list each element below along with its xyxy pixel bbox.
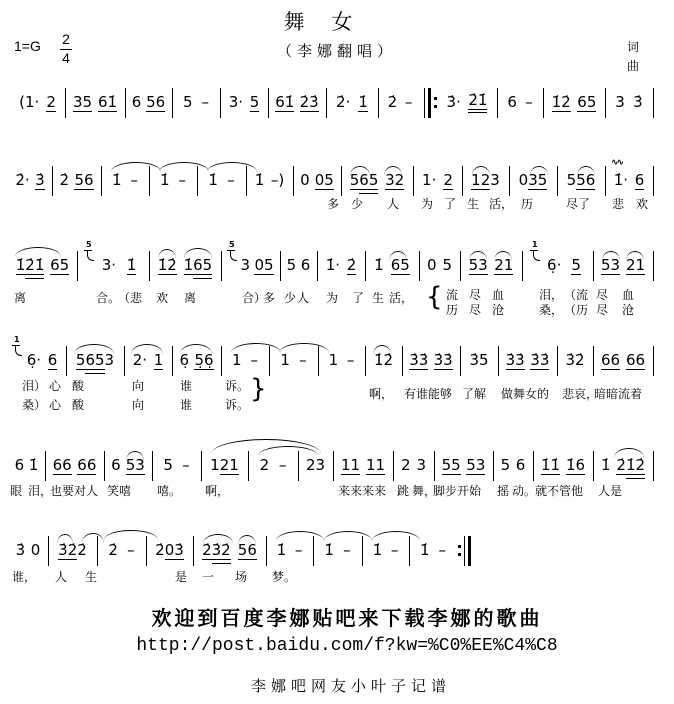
barline bbox=[605, 88, 606, 118]
measure: 53 21 bbox=[462, 253, 520, 277]
note-group: 61̇ bbox=[98, 93, 117, 112]
note: 2̇ bbox=[77, 541, 87, 559]
measure: 3· 1̇ bbox=[91, 253, 147, 277]
measure: 3̇2̇ bbox=[559, 348, 591, 372]
lyric-verse-2: 桑， bbox=[539, 303, 563, 317]
barline bbox=[149, 251, 150, 281]
barline bbox=[101, 166, 102, 196]
note: 1 bbox=[210, 456, 220, 474]
lyric: 人 bbox=[55, 570, 67, 584]
note-group: 1̇2̇1̇ bbox=[16, 256, 45, 275]
note: 65 bbox=[359, 171, 378, 194]
note-group: 6 bbox=[635, 171, 645, 190]
measure: 2̇ 56 bbox=[54, 168, 99, 192]
note-group: –) bbox=[271, 171, 284, 189]
note-group: 65 bbox=[391, 256, 410, 275]
lyric-verse-2: 谁 bbox=[180, 398, 192, 412]
note-group: 6̣ bbox=[179, 351, 189, 369]
measure: 2̇ – bbox=[380, 90, 420, 114]
score-line-6: 3̇ 0 3̇2̇2̇ 2̇ – 2̇03̇ 2̇3̇2̇ 56 1̇ – 1̇… bbox=[0, 538, 674, 562]
lyric: 向 bbox=[132, 379, 144, 393]
lyric: 血 bbox=[492, 288, 504, 302]
note-group: 3̇ bbox=[16, 541, 26, 559]
barline bbox=[653, 166, 654, 196]
lyric: 活， bbox=[389, 291, 413, 305]
note: 3̇2̇ bbox=[58, 541, 77, 560]
note-group: – bbox=[182, 456, 190, 474]
lyric: 暗暗流着 bbox=[594, 387, 642, 401]
measure: 1̇ – bbox=[315, 538, 360, 562]
lyric: （流 bbox=[564, 288, 588, 302]
lyricist-label: 词 bbox=[627, 38, 639, 55]
lyric: 是 bbox=[175, 570, 187, 584]
note-group: 66 bbox=[77, 456, 96, 475]
grace-note: 1 bbox=[532, 240, 538, 249]
note-group: 1̇· bbox=[614, 171, 628, 189]
note-group: 2̇3̇2̇ bbox=[202, 541, 231, 560]
note-group: 65 bbox=[577, 93, 596, 112]
measure: 61̇ 2̇3̇ bbox=[270, 90, 324, 114]
barline bbox=[124, 346, 125, 376]
lyric: 尽 bbox=[469, 288, 481, 302]
lyric: 欢 bbox=[156, 291, 168, 305]
score-line-3: 5 5 1 1̇2̇1̇ 65 3· 1̇ 1̇2̇ 1̇65 3 05 5 6… bbox=[0, 253, 674, 277]
barline bbox=[653, 251, 654, 281]
lyric: 悲 bbox=[612, 197, 624, 211]
measure: 5653 bbox=[68, 348, 122, 372]
note: 5 bbox=[567, 171, 577, 189]
measure: 5 – bbox=[154, 453, 199, 477]
lyric: 血 bbox=[622, 288, 634, 302]
time-signature-top: 2 bbox=[60, 31, 72, 47]
measure: 1̇ – bbox=[411, 538, 455, 562]
note-group: 2̇ bbox=[388, 93, 398, 111]
lyric: 啊， bbox=[205, 484, 229, 498]
note: 2̇ bbox=[575, 351, 585, 369]
lyric: 生 bbox=[372, 291, 384, 305]
lyric: 跳 bbox=[397, 484, 409, 498]
lyric-verse-2: 诉。 bbox=[225, 398, 249, 412]
note-group: 53 bbox=[601, 256, 620, 275]
lyric: 为 bbox=[326, 291, 338, 305]
transcriber-credit: 李娜吧网友小叶子记谱 bbox=[14, 675, 674, 696]
note-group: 5 bbox=[183, 93, 193, 111]
measure: 1 – bbox=[223, 348, 267, 372]
note-group: 1̇ bbox=[373, 541, 383, 559]
barline bbox=[248, 451, 249, 481]
barline bbox=[419, 251, 420, 281]
lyric-verse-2: 尽 bbox=[469, 303, 481, 317]
measure: 66 66 bbox=[595, 348, 651, 372]
note-group: – bbox=[299, 351, 307, 369]
lyric: （悲 bbox=[118, 291, 142, 305]
note-group: 1̇2̇ bbox=[552, 93, 571, 112]
measure: 3̇3̇ 3̇3̇ bbox=[404, 348, 458, 372]
lyric-verse-2: 向 bbox=[132, 398, 144, 412]
lyric: 笑嘻 bbox=[107, 484, 131, 498]
note-group: 1· bbox=[422, 171, 436, 189]
note-group: 1̇ bbox=[255, 171, 265, 189]
barline bbox=[221, 251, 222, 281]
note-group: 11 bbox=[366, 456, 385, 475]
song-subtitle: （李娜翻唱） bbox=[0, 40, 674, 61]
note-group: 6 bbox=[48, 351, 58, 370]
note-group: 5̣6̣ bbox=[194, 351, 213, 370]
note-group: 5 bbox=[571, 256, 581, 275]
barline bbox=[593, 346, 594, 376]
note-group: 1̇ bbox=[208, 171, 218, 189]
barline bbox=[280, 251, 281, 281]
note-group: 6̣· bbox=[547, 256, 561, 274]
barline bbox=[557, 346, 558, 376]
note-group: 53 bbox=[466, 456, 485, 475]
score-line-2: ∿∿ 2̇· 3̇ 2̇ 56 1̇ – 1̇ – 1̇ – 1̇ –) 0 0… bbox=[0, 168, 674, 192]
barline bbox=[543, 88, 544, 118]
note-group: 3̇3̇ bbox=[409, 351, 428, 370]
measure: 5 – bbox=[174, 90, 218, 114]
barline bbox=[402, 346, 403, 376]
lyric: 少 bbox=[284, 291, 296, 305]
barline bbox=[497, 88, 498, 118]
note-group: 1 bbox=[154, 351, 164, 370]
note-group: 5 bbox=[163, 456, 173, 474]
note-group: – bbox=[127, 541, 135, 559]
repeat-start-thick-bar bbox=[428, 88, 431, 118]
lyric: 了 bbox=[352, 291, 364, 305]
lyric: 泪） bbox=[22, 379, 46, 393]
note-group: 6 bbox=[301, 256, 311, 274]
measure: 1̇· 2̇ bbox=[319, 253, 363, 277]
note-group: – bbox=[251, 351, 259, 369]
barline bbox=[493, 451, 494, 481]
note-group: 2̇03̇ bbox=[155, 541, 184, 559]
note-group: 2 bbox=[260, 456, 270, 474]
measure: 35 61̇ bbox=[67, 90, 123, 114]
note: 56 bbox=[576, 171, 595, 190]
barline bbox=[152, 451, 153, 481]
barline bbox=[434, 451, 435, 481]
lyric: 眼 bbox=[10, 484, 22, 498]
note-group: 1̇ bbox=[277, 541, 287, 559]
note-group: 5 bbox=[501, 456, 511, 474]
measure: 0 05 bbox=[295, 168, 339, 192]
measure: 6̣· 5 bbox=[537, 253, 591, 277]
repeat-end-thin-bar bbox=[464, 536, 465, 566]
measure: 2̇3̇2̇ 56 bbox=[195, 538, 264, 562]
note-group: – bbox=[202, 93, 210, 111]
note-group: 2̇ bbox=[108, 541, 118, 559]
lyric: 悲哀， bbox=[562, 387, 598, 401]
measure: 1̇ – bbox=[268, 538, 311, 562]
measure: 2̇· 3̇ bbox=[10, 168, 50, 192]
measure: 53 21 bbox=[595, 253, 651, 277]
note: 5 bbox=[479, 351, 489, 369]
note-group: – bbox=[131, 171, 139, 189]
note-group: 3̇3̇ bbox=[506, 351, 525, 370]
lyric: 人是 bbox=[598, 484, 622, 498]
note-group: 35 bbox=[73, 93, 92, 112]
note: 0 bbox=[519, 171, 529, 189]
measure: 1· 2 bbox=[415, 168, 460, 192]
measure: 6 56 bbox=[127, 90, 170, 114]
lyric-verse-2: 桑） bbox=[22, 398, 46, 412]
lyric: 谁， bbox=[12, 570, 36, 584]
download-banner: 欢迎到百度李娜贴吧来下载李娜的歌曲 bbox=[10, 602, 674, 631]
measure: 2 3 bbox=[395, 453, 432, 477]
note-group: 3̇· bbox=[447, 93, 461, 111]
note-group: 2̇1̇2̇ bbox=[616, 456, 645, 475]
note: 1̇ bbox=[184, 256, 194, 274]
note-group: 53 bbox=[469, 256, 488, 275]
note-group: 3̇3̇ bbox=[530, 351, 549, 370]
measure: 121 bbox=[203, 453, 246, 477]
barline bbox=[146, 536, 147, 566]
note-group: 05 bbox=[254, 256, 273, 275]
note-group: 2̇· bbox=[336, 93, 350, 111]
verse-brace: { bbox=[426, 283, 443, 311]
note-group: 3 bbox=[615, 93, 625, 111]
barline bbox=[653, 451, 654, 481]
lyric: 多 bbox=[263, 291, 275, 305]
measure: 1̇· 6 bbox=[607, 168, 651, 192]
lyric: 尽 bbox=[596, 288, 608, 302]
note: 3̇2̇ bbox=[212, 541, 231, 564]
note: 2̇ bbox=[155, 541, 165, 559]
measure: 3̇3̇ 3̇3̇ bbox=[500, 348, 555, 372]
barline bbox=[413, 166, 414, 196]
note-group: 3̇ bbox=[35, 171, 45, 190]
lyric: 来来来来 bbox=[338, 484, 386, 498]
barline bbox=[533, 451, 534, 481]
measure: 2̇ – bbox=[99, 538, 144, 562]
note-group: 2̇· bbox=[15, 171, 29, 189]
measure: 66 66 bbox=[47, 453, 102, 477]
measure: 1̇2̇ 65 bbox=[545, 90, 603, 114]
mordent-ornament-icon: ∿∿ bbox=[611, 158, 622, 168]
measure: 035 bbox=[511, 168, 555, 192]
note-group: 3· bbox=[102, 256, 116, 274]
grace-note: 1 bbox=[14, 335, 20, 344]
note-group: 556 bbox=[567, 171, 596, 189]
measure: 6 1̇ bbox=[10, 453, 43, 477]
note-group: 21 bbox=[626, 256, 645, 275]
lyric: 人 bbox=[387, 197, 399, 211]
note-group: 55 bbox=[442, 456, 461, 475]
measure: 3̇5 bbox=[462, 348, 496, 372]
note: 2̇ bbox=[616, 456, 626, 474]
barline bbox=[201, 451, 202, 481]
lyric: 场 bbox=[235, 570, 247, 584]
lyric: 嘻。 bbox=[157, 484, 181, 498]
lyric: 也要对人 bbox=[50, 484, 98, 498]
lyric: 动。 bbox=[512, 484, 536, 498]
measure: 123 bbox=[464, 168, 507, 192]
measure: 3 05 bbox=[236, 253, 278, 277]
key-signature: 1=G bbox=[14, 38, 41, 54]
note-group: 2 bbox=[401, 456, 411, 474]
note-group: 5 bbox=[287, 256, 297, 274]
note-group: 05 bbox=[315, 171, 334, 190]
note-group: 6 bbox=[111, 456, 121, 474]
note: 2̇1̇ bbox=[25, 256, 44, 279]
lyric: 少 bbox=[351, 197, 363, 211]
barline bbox=[593, 251, 594, 281]
repeat-end-thick-bar bbox=[468, 536, 471, 566]
note-group: 1̇6 bbox=[566, 456, 585, 475]
note-group: 123 bbox=[471, 171, 500, 189]
barline bbox=[326, 88, 327, 118]
measure: 1̇ – bbox=[151, 168, 195, 192]
note: 65 bbox=[193, 256, 212, 279]
note-group: 6 bbox=[516, 456, 526, 474]
barline bbox=[460, 251, 461, 281]
note-group: 65 bbox=[50, 256, 69, 275]
lyric: 尽了 bbox=[566, 197, 590, 211]
score-line-4: 1 6̣· 6 5653 2· 1 6̣ 5̣6̣ 1 – 1 – 1 – 1̇… bbox=[0, 348, 674, 372]
measure: 1̇ 65 bbox=[367, 253, 417, 277]
note-group: 1̇ bbox=[420, 541, 430, 559]
lyric: 酸 bbox=[72, 379, 84, 393]
lyric: 啊， bbox=[369, 387, 393, 401]
lyric: 谁 bbox=[180, 379, 192, 393]
note: 3̇ bbox=[469, 351, 479, 369]
barline bbox=[333, 451, 334, 481]
lyric-verse-2: 沧 bbox=[622, 303, 634, 317]
note: 2̇ bbox=[202, 541, 212, 559]
measure: 11 11 bbox=[335, 453, 391, 477]
note-group: 3 bbox=[240, 256, 250, 274]
note-group: 1̇ bbox=[127, 256, 137, 275]
repeat-dot bbox=[458, 553, 461, 556]
note: 03̇ bbox=[165, 541, 184, 560]
note: 65 bbox=[85, 351, 104, 374]
note-group: 3̇ bbox=[633, 93, 643, 111]
note-group: 66 bbox=[626, 351, 645, 370]
note: 1̇ bbox=[16, 256, 26, 274]
note: 3 bbox=[105, 351, 115, 369]
lyric: 心 bbox=[49, 379, 61, 393]
measure: 1 – bbox=[271, 348, 316, 372]
measure: 1̇1̇ 1̇6 bbox=[535, 453, 591, 477]
measure: 55 53 bbox=[436, 453, 491, 477]
lyric: 合。 bbox=[96, 291, 120, 305]
note-group: 0 bbox=[300, 171, 310, 189]
lyric: 泪， bbox=[28, 484, 52, 498]
note-group: 1̇1̇ bbox=[541, 456, 560, 475]
lyric: 活， bbox=[489, 197, 513, 211]
note-group: 3̇2̇2̇ bbox=[58, 541, 87, 559]
barline bbox=[45, 451, 46, 481]
measure: 1̇ –) bbox=[248, 168, 291, 192]
repeat-dot bbox=[434, 105, 437, 108]
measure: 3̇· 2̇1̇ bbox=[439, 90, 495, 114]
note-group: 5653 bbox=[76, 351, 114, 369]
note-group: 6 bbox=[507, 93, 517, 111]
note-group: 3 bbox=[416, 456, 426, 474]
measure: 6̣· 6 bbox=[20, 348, 64, 372]
measure: 3 3̇ bbox=[607, 90, 651, 114]
lyric: 离 bbox=[14, 291, 26, 305]
measure: 565 32 bbox=[343, 168, 411, 192]
lyric: 就不管他 bbox=[535, 484, 583, 498]
barline bbox=[593, 451, 594, 481]
note-group: 3̇2̇ bbox=[565, 351, 584, 369]
barline bbox=[462, 166, 463, 196]
barline bbox=[221, 346, 222, 376]
note-group: 11 bbox=[341, 456, 360, 475]
note-group: 2 bbox=[443, 171, 453, 190]
note-group: 1̇2̇ bbox=[158, 256, 177, 275]
note-group: 1̇ bbox=[374, 256, 384, 274]
measure: 1̇ – bbox=[199, 168, 244, 192]
measure: (1· 2 bbox=[12, 90, 63, 114]
note-group: – bbox=[279, 456, 287, 474]
lyric: 生 bbox=[85, 570, 97, 584]
note-group: 3̇5 bbox=[469, 351, 488, 369]
barline bbox=[365, 251, 366, 281]
barline bbox=[653, 88, 654, 118]
barline bbox=[268, 88, 269, 118]
lyric: 诉。 bbox=[225, 379, 249, 393]
measure: 3̇ 0 bbox=[10, 538, 46, 562]
verse-brace: } bbox=[250, 375, 267, 403]
lyric: 了解 bbox=[462, 387, 486, 401]
repeat-dot bbox=[458, 545, 461, 548]
note-group: 2̇3̇ bbox=[300, 93, 319, 112]
lyric: 脚步开始 bbox=[433, 484, 481, 498]
barline bbox=[220, 88, 221, 118]
measure: 1̇ – bbox=[103, 168, 147, 192]
barline bbox=[317, 251, 318, 281]
measure: 1̇2̇ 1̇65 bbox=[151, 253, 219, 277]
note-group: 32 bbox=[385, 171, 404, 190]
measure: 2̇03̇ bbox=[148, 538, 191, 562]
measure: 1̇2̇1̇ 65 bbox=[10, 253, 75, 277]
barline bbox=[266, 536, 267, 566]
note-group: 1̇65 bbox=[184, 256, 213, 275]
note-group: 565 bbox=[350, 171, 379, 190]
measure: 6̣ 5̣6̣ bbox=[174, 348, 219, 372]
note-group: 1̇ bbox=[29, 456, 39, 474]
measure: 2· 1 bbox=[126, 348, 170, 372]
note-group: 23 bbox=[306, 456, 325, 474]
barline bbox=[378, 88, 379, 118]
note-group: – bbox=[405, 93, 413, 111]
lyric-verse-2: （历 bbox=[564, 303, 588, 317]
barline bbox=[293, 166, 294, 196]
barline bbox=[653, 346, 654, 376]
note-group: 56 bbox=[74, 171, 93, 190]
note-group: 2· bbox=[133, 351, 147, 369]
note: 35 bbox=[528, 171, 547, 190]
note: 5 bbox=[350, 171, 360, 189]
note: 1̇ bbox=[374, 351, 384, 369]
lyric: 有谁能够 bbox=[404, 387, 452, 401]
note-group: 2̇ bbox=[347, 256, 357, 275]
composer-label: 曲 bbox=[627, 57, 639, 74]
measure: 0 5 bbox=[421, 253, 458, 277]
note-group: 1 bbox=[280, 351, 290, 369]
source-url: http://post.baidu.com/f?kw=%C0%EE%C4%C8 bbox=[10, 636, 674, 656]
barline bbox=[172, 88, 173, 118]
note: 12 bbox=[471, 171, 490, 190]
barline bbox=[460, 346, 461, 376]
barline bbox=[66, 346, 67, 376]
lyric: 历 bbox=[521, 197, 533, 211]
lyric-verse-2: 酸 bbox=[72, 398, 84, 412]
measure: 6 – bbox=[499, 90, 541, 114]
lyric-verse-2: 心 bbox=[49, 398, 61, 412]
